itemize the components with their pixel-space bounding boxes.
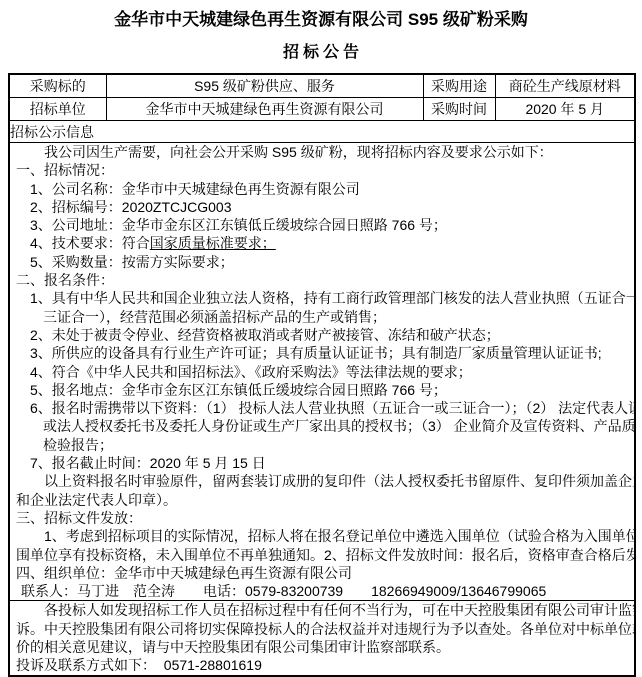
body-line: 三证合一），经营范围必须涵盖招标产品的生产或销售； [10,308,634,326]
procurement-subject-value: S95 级矿粉供应、服务 [106,74,423,98]
section-header: 招标公示信息 [9,121,635,143]
body-line: 3、所供应的设备具有行业生产许可证；具有质量认证证书；具有制造厂家质量管理认证证… [10,344,634,362]
table-row: 我公司因生产需要，向社会公开采购 S95 级矿粉，现将招标内容及要求公示如下： … [9,143,635,601]
body-line: 三、招标文件发放： [10,509,634,527]
contact-line: 联系人：马丁进 范全涛 电话：0579-83200739 18266949009… [10,582,634,600]
body-line: 四、组织单位：金华市中天城建绿色再生资源有限公司 [10,564,634,582]
body-line: 1、公司名称：金华市中天城建绿色再生资源有限公司 [10,180,634,198]
body-line: 6、报名时需携带以下资料：（1） 投标人法人营业执照（五证合一或三证合一）；（2… [10,399,634,417]
complaint-line: 价的相关意见建议，请与中天控股集团有限公司集团审计监察部联系。 [10,638,634,656]
tender-unit-value: 金华市中天城建绿色再生资源有限公司 [106,98,423,121]
body-line: 5、采购数量：按需方实际要求； [10,253,634,271]
body-line: 我公司因生产需要，向社会公开采购 S95 级矿粉，现将招标内容及要求公示如下： [10,143,634,161]
body-line: 3、公司地址：金华市金东区江东镇低丘缓坡综合园日照路 766 号； [10,216,634,234]
tender-unit-label: 招标单位 [9,98,106,121]
body-line: 4、技术要求：符合国家质量标准要求； [10,234,634,252]
body-line: 和企业法定代表人印章）。 [10,491,634,509]
tech-requirement-prefix: 4、技术要求：符合 [30,235,150,251]
body-line: 2、未处于被责令停业、经营资格被取消或者财产被接管、冻结和破产状态； [10,326,634,344]
body-line: 二、报名条件： [10,271,634,289]
procurement-use-label: 采购用途 [423,74,495,98]
tech-requirement-underlined: 国家质量标准要求； [150,235,276,251]
table-row: 采购标的 S95 级矿粉供应、服务 采购用途 商砼生产线原材料 [9,74,635,98]
table-row: 各投标人如发现招标工作人员在招标过程中有任何不当行为，可在中天控股集团有限公司审… [9,601,635,676]
body-line: 1、具有中华人民共和国企业独立法人资格，持有工商行政管理部门核发的法人营业执照（… [10,289,634,307]
body-line: 7、报名截止时间：2020 年 5 月 15 日 [10,454,634,472]
complaint-section: 各投标人如发现招标工作人员在招标过程中有任何不当行为，可在中天控股集团有限公司审… [9,601,635,676]
body-line: 检验报告； [10,436,634,454]
procurement-use-value: 商砼生产线原材料 [495,74,635,98]
body-line: 1、考虑到招标项目的实际情况，招标人将在报名登记单位中遴选入围单位（试验合格为入… [10,527,634,545]
table-row: 招标公示信息 [9,121,635,143]
announcement-body: 我公司因生产需要，向社会公开采购 S95 级矿粉，现将招标内容及要求公示如下： … [9,143,635,601]
body-line: 5、报名地点：金华市金东区江东镇低丘缓坡综合园日照路 766 号； [10,381,634,399]
page-subtitle: 招标公告 [0,42,642,63]
announcement-table: 采购标的 S95 级矿粉供应、服务 采购用途 商砼生产线原材料 招标单位 金华市… [8,73,636,677]
body-line: 一、招标情况： [10,161,634,179]
page-title: 金华市中天城建绿色再生资源有限公司 S95 级矿粉采购 [0,0,642,30]
body-line: 2、招标编号：2020ZTCJCG003 [10,198,634,216]
body-line: 以上资料报名时审验原件，留两套装订成册的复印件（法人授权委托书留原件、复印件须加… [10,472,634,490]
complaint-contact-line: 投诉及联系方式如下： 0571-28801619 [10,656,634,674]
body-line: 或法人授权委托书及委托人身份证或生产厂家出具的授权书；（3） 企业简介及宣传资料… [10,417,634,435]
procurement-time-label: 采购时间 [423,98,495,121]
complaint-line: 各投标人如发现招标工作人员在招标过程中有任何不当行为，可在中天控股集团有限公司审… [10,601,634,619]
body-line: 围单位享有投标资格，未入围单位不再单独通知。2、招标文件发放时间：报名后，资格审… [10,546,634,564]
procurement-time-value: 2020 年 5 月 [495,98,635,121]
body-line: 4、符合《中华人民共和国招标法》、《政府采购法》等法律法规的要求； [10,363,634,381]
table-row: 招标单位 金华市中天城建绿色再生资源有限公司 采购时间 2020 年 5 月 [9,98,635,121]
procurement-subject-label: 采购标的 [9,74,106,98]
complaint-line: 诉。中天控股集团有限公司将切实保障投标人的合法权益并对违规行为予以查处。各单位对… [10,620,634,638]
